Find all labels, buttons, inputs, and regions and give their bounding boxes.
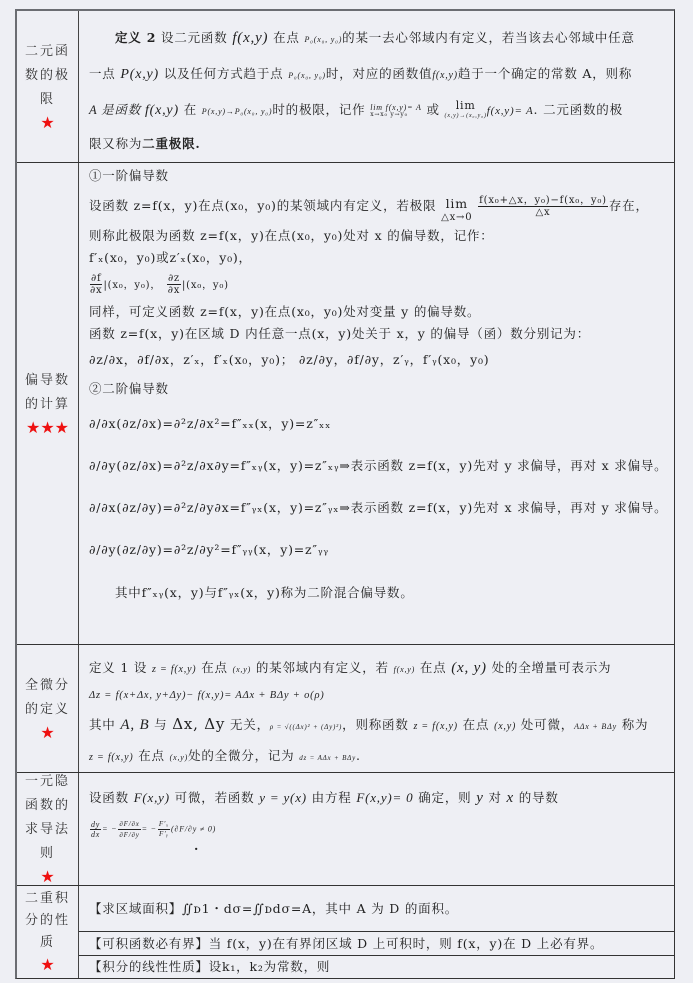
- math: lim: [445, 101, 487, 111]
- label-line: 一元隐: [25, 770, 70, 794]
- numerator: ∂f: [90, 273, 102, 285]
- text: 存在，: [609, 198, 649, 213]
- text-line: 一点 P(x,y) 以及任何方式趋于点 P₀(x₀, y₀)时，对应的函数值f(…: [89, 57, 666, 93]
- text: 处可微，: [516, 717, 574, 732]
- row-content: ①一阶偏导数 设函数 z=f(x，y)在点(x₀，y₀)的某领域内有定义，若极限…: [79, 163, 675, 644]
- math: Δx, Δy: [172, 715, 225, 733]
- row-label: 一元隐 函数的 求导法 则 ★: [17, 773, 79, 885]
- denominator: ∂x: [167, 285, 181, 296]
- numerator: f(x₀+△x，y₀)−f(x₀，y₀): [478, 195, 608, 207]
- text: . 二元函数的极: [534, 102, 623, 117]
- star-icon: ★: [40, 722, 54, 744]
- math: P₀(x₀, y₀): [305, 35, 343, 44]
- math: ρ = √((Δx)² + (Δy)²): [270, 723, 342, 731]
- row-label: 二重积 分的性 质 ★: [17, 886, 79, 978]
- equation: Δz = f(x+Δx, y+Δy)− f(x,y)= AΔx + BΔy + …: [89, 685, 666, 707]
- text: 的导数: [514, 790, 559, 805]
- label-line: 限: [40, 88, 55, 112]
- numerator: F′ₓ: [158, 820, 170, 830]
- math: (x, y): [451, 660, 487, 676]
- row-content: 设函数 F(x,y) 可微，若函数 y = y(x) 由方程 F(x,y)= 0…: [79, 773, 674, 885]
- text: 一点: [89, 66, 120, 81]
- fraction: ∂f∂x: [90, 273, 102, 296]
- row-content: 定义 1 设 z = f(x,y) 在点 (x,y) 的某邻域内有定义，若 f(…: [79, 645, 674, 772]
- math: P(x,y)→P₀(x₀, y₀): [202, 107, 273, 116]
- text: 由方程: [307, 790, 356, 805]
- text-line: 其中 A, B 与 Δx, Δy 无关，ρ = √((Δx)² + (Δy)²)…: [89, 707, 666, 744]
- math: |(x₀，y₀): [182, 280, 229, 291]
- math: f(x,y)= A: [487, 105, 534, 117]
- text: 与: [149, 717, 172, 732]
- math: (x,y): [233, 665, 251, 674]
- text: 在点: [196, 660, 232, 675]
- row-label: 二元函 数的极 限 ★: [17, 11, 79, 162]
- label-line: 二元函: [25, 40, 70, 64]
- math: ∂z/∂y，∂f/∂y，z′ᵧ，f′ᵧ(x₀，y₀): [299, 352, 490, 367]
- math: z = f(x,y): [413, 721, 457, 732]
- math: z = f(x,y): [152, 664, 196, 675]
- text-line: 设函数 z=f(x，y)在点(x₀，y₀)的某领域内有定义，若极限 lim△x→…: [89, 187, 667, 225]
- text: 无关，: [225, 717, 270, 732]
- math: x→x₀ y→y₀: [370, 111, 421, 118]
- equation: ∂/∂x(∂z/∂y)=∂²z/∂y∂x=f″ᵧₓ(x，y)=z″ᵧₓ⇒表示函数…: [89, 487, 667, 529]
- text: 称为: [617, 717, 648, 732]
- math: f(x,y): [432, 70, 458, 81]
- star-icon: ★: [40, 866, 54, 888]
- text: 在点: [458, 717, 494, 732]
- text: 设函数: [89, 790, 134, 805]
- text: 在点: [415, 660, 451, 675]
- math: AΔx + BΔy: [574, 722, 617, 731]
- row-implicit-function-derivative: 一元隐 函数的 求导法 则 ★ 设函数 F(x,y) 可微，若函数 y = y(…: [17, 773, 674, 886]
- formula-table: 二元函 数的极 限 ★ 定义 2 设二元函数 f(x,y) 在点 P₀(x₀, …: [15, 9, 675, 979]
- math: (x,y): [170, 753, 188, 762]
- property-linearity: 【积分的线性性质】设k₁，k₂为常数，则: [79, 956, 674, 978]
- property-area: 【求区域面积】∬ᴅ1・dσ=∬ᴅdσ=A，其中 A 为 D 的面积。: [79, 886, 674, 932]
- text: 定义 1 设: [89, 660, 152, 675]
- star-icon: ★★★: [26, 417, 69, 439]
- math: lim: [441, 197, 472, 211]
- property-bounded: 【可积函数必有界】当 f(x，y)在有界闭区域 D 上可积时，则 f(x，y)在…: [79, 932, 674, 956]
- math: (x,y): [494, 721, 516, 732]
- text: 的某邻域内有定义，若: [251, 660, 394, 675]
- math: f(x,y): [232, 30, 268, 46]
- numerator: ∂z: [167, 273, 181, 285]
- fraction: ∂z∂x: [167, 273, 181, 296]
- label-line: 的计算: [25, 393, 70, 417]
- implicit-derivative-formula: dydx= −∂F/∂x∂F/∂y= −F′ₓF′ᵧ(∂F/∂y ≠ 0): [89, 819, 666, 840]
- text: 以及任何方式趋于点: [159, 66, 288, 81]
- star-icon: ★: [40, 112, 54, 134]
- math: ∂z/∂x，∂f/∂x，z′ₓ，f′ₓ(x₀，y₀)；: [89, 352, 294, 367]
- denominator: dx: [90, 830, 101, 839]
- text: 可微，若函数: [170, 790, 259, 805]
- label-line: 的定义: [25, 698, 70, 722]
- denominator: ∂x: [90, 285, 102, 296]
- limit-notation-1: lim f(x,y)= Ax→x₀ y→y₀: [370, 104, 421, 118]
- limit-notation-2: lim(x,y)→(x₀,y₀): [445, 101, 487, 121]
- denominator: ∂F/∂y: [118, 830, 140, 840]
- equation: ∂/∂y(∂z/∂y)=∂²z/∂y²=f″ᵧᵧ(x，y)=z″ᵧᵧ: [89, 529, 667, 571]
- row-partial-derivatives: 偏导数 的计算 ★★★ ①一阶偏导数 设函数 z=f(x，y)在点(x₀，y₀)…: [17, 163, 674, 645]
- row-double-integral-properties: 二重积 分的性 质 ★ 【求区域面积】∬ᴅ1・dσ=∬ᴅdσ=A，其中 A 为 …: [17, 886, 674, 978]
- equation: ∂/∂x(∂z/∂x)=∂²z/∂x²=f″ₓₓ(x，y)=z″ₓₓ: [89, 403, 667, 445]
- math: F(x,y)= 0: [356, 790, 413, 805]
- text-line: f′ₓ(x₀，y₀)或z′ₓ(x₀，y₀)，: [89, 247, 667, 269]
- label-line: 二重积: [25, 888, 70, 910]
- math: = −: [142, 824, 157, 833]
- text: 时的极限，记作: [272, 102, 365, 117]
- math: P(x,y): [120, 67, 159, 82]
- text-line: 设函数 F(x,y) 可微，若函数 y = y(x) 由方程 F(x,y)= 0…: [89, 783, 666, 813]
- period: .: [89, 840, 666, 852]
- text: 处的全微分，记为: [188, 748, 299, 763]
- text: A 是函数: [89, 103, 145, 117]
- row-total-differential: 全微分 的定义 ★ 定义 1 设 z = f(x,y) 在点 (x,y) 的某邻…: [17, 645, 674, 773]
- equation: ∂/∂y(∂z/∂x)=∂²z/∂x∂y=f″ₓᵧ(x，y)=z″ₓᵧ⇒表示函数…: [89, 445, 667, 487]
- text-line: A 是函数 f(x,y) 在 P(x,y)→P₀(x₀, y₀)时的极限，记作 …: [89, 93, 666, 129]
- text-line: ∂f∂x|(x₀，y₀)， ∂z∂x|(x₀，y₀): [89, 269, 667, 301]
- fraction: F′ₓF′ᵧ: [158, 820, 170, 839]
- label-line: 函数的: [25, 794, 70, 818]
- row-label: 全微分 的定义 ★: [17, 645, 79, 772]
- math: x: [507, 790, 514, 806]
- text-line: 函数 z=f(x，y)在区域 D 内任意一点(x，y)处关于 x，y 的偏导（函…: [89, 323, 667, 345]
- fraction: f(x₀+△x，y₀)−f(x₀，y₀)△x: [478, 195, 608, 218]
- label-line: 则: [40, 842, 55, 866]
- denominator: △x: [478, 207, 608, 218]
- math: = −: [102, 824, 117, 833]
- text: 设函数 z=f(x，y)在点(x₀，y₀)的某领域内有定义，若极限: [89, 198, 441, 213]
- text-line: 定义 2 设二元函数 f(x,y) 在点 P₀(x₀, y₀)的某一去心邻域内有…: [89, 21, 666, 57]
- fraction: ∂F/∂x∂F/∂y: [118, 819, 140, 840]
- lim-operator: lim△x→0: [441, 197, 472, 225]
- label-line: 质: [40, 932, 55, 954]
- star-icon: ★: [40, 954, 54, 976]
- denominator: F′ᵧ: [158, 830, 170, 839]
- row-binary-function-limit: 二元函 数的极 限 ★ 定义 2 设二元函数 f(x,y) 在点 P₀(x₀, …: [17, 11, 674, 163]
- text: ，则称函数: [342, 717, 413, 732]
- definition-label: 定义 2: [115, 30, 156, 45]
- label-line: 全微分: [25, 674, 70, 698]
- text: 确定，则: [413, 790, 476, 805]
- label-line: 求导法: [25, 818, 70, 842]
- text: 在: [179, 102, 202, 117]
- math: z = f(x,y): [89, 752, 133, 763]
- math: y: [476, 790, 483, 806]
- text: .: [356, 748, 361, 763]
- text-line: 定义 1 设 z = f(x,y) 在点 (x,y) 的某邻域内有定义，若 f(…: [89, 653, 666, 685]
- text: 或: [422, 102, 445, 117]
- math: f(x,y): [145, 103, 179, 118]
- text: 对: [484, 790, 507, 805]
- text: 其中: [89, 717, 120, 732]
- text-line: z = f(x,y) 在点 (x,y)处的全微分，记为 dz = AΔx + B…: [89, 744, 666, 770]
- math: f(x,y): [394, 665, 415, 674]
- text: 设二元函数: [156, 30, 232, 45]
- label-line: 偏导数: [25, 369, 70, 393]
- math: (∂F/∂y ≠ 0): [171, 824, 216, 833]
- math: F(x,y): [134, 790, 170, 805]
- math: P₀(x₀, y₀): [288, 71, 326, 80]
- text: 在点: [133, 748, 169, 763]
- text-line: 同样，可定义函数 z=f(x，y)在点(x₀，y₀)处对变量 y 的偏导数。: [89, 301, 667, 323]
- section-heading: ②二阶偏导数: [89, 375, 667, 403]
- emphasis: 二重极限.: [142, 136, 200, 151]
- text: 处的全增量可表示为: [487, 660, 611, 675]
- math: △x→0: [441, 211, 472, 225]
- text-line: 则称此极限为函数 z=f(x，y)在点(x₀，y₀)处对 x 的偏导数，记作：: [89, 225, 667, 247]
- text-line: ∂z/∂x，∂f/∂x，z′ₓ，f′ₓ(x₀，y₀)； ∂z/∂y，∂f/∂y，…: [89, 345, 667, 375]
- text: 趋于一个确定的常数 A，则称: [458, 66, 632, 81]
- row-content: 【求区域面积】∬ᴅ1・dσ=∬ᴅdσ=A，其中 A 为 D 的面积。 【可积函数…: [79, 886, 674, 978]
- math: lim f(x,y)= A: [370, 104, 421, 111]
- math: y = y(x): [259, 790, 307, 805]
- text-line: 其中f″ₓᵧ(x，y)与f″ᵧₓ(x，y)称为二阶混合偏导数。: [89, 571, 667, 615]
- text: 时，对应的函数值: [326, 66, 432, 81]
- row-content: 定义 2 设二元函数 f(x,y) 在点 P₀(x₀, y₀)的某一去心邻域内有…: [79, 11, 674, 162]
- section-heading: ①一阶偏导数: [89, 165, 667, 187]
- text-line: 限又称为二重极限.: [89, 129, 666, 159]
- math: |(x₀，y₀)，: [103, 280, 161, 291]
- math: (x,y)→(x₀,y₀): [445, 111, 487, 121]
- math: A, B: [120, 717, 149, 733]
- numerator: dy: [90, 820, 101, 830]
- label-line: 分的性: [25, 910, 70, 932]
- label-line: 数的极: [25, 64, 70, 88]
- numerator: ∂F/∂x: [118, 819, 140, 830]
- text: 的某一去心邻域内有定义，若当该去心邻域中任意: [342, 30, 635, 45]
- math: dz = AΔx + BΔy: [299, 754, 356, 762]
- text: 限又称为: [89, 136, 142, 151]
- fraction: dydx: [90, 820, 101, 839]
- row-label: 偏导数 的计算 ★★★: [17, 163, 79, 644]
- text: 在点: [268, 30, 304, 45]
